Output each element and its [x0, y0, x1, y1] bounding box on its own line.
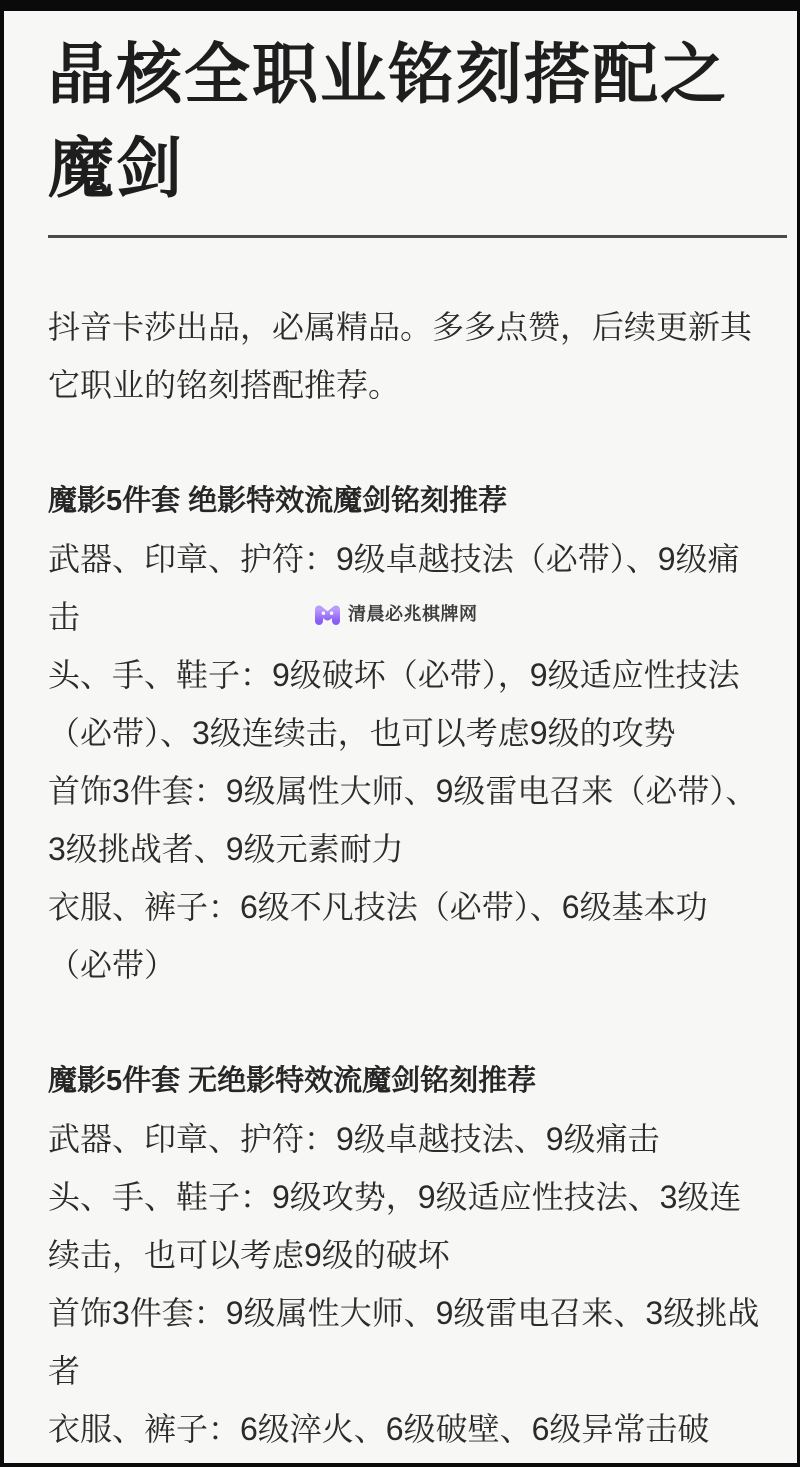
page-title: 晶核全职业铭刻搭配之魔剑 — [48, 27, 769, 215]
article-page: 晶核全职业铭刻搭配之魔剑 抖音卡莎出品，必属精品。多多点赞，后续更新其它职业的铭… — [4, 11, 797, 1463]
screenshot-root: { "page": { "title": "晶核全职业铭刻搭配之魔剑", "in… — [0, 0, 800, 1467]
body-line: 衣服、裤子：6级淬火、6级破壁、6级异常击破 — [48, 1400, 769, 1458]
section-heading: 魔影5件套 无绝影特效流魔剑铭刻推荐 — [48, 1052, 769, 1110]
body-line: 首饰3件套：9级属性大师、9级雷电召来、3级挑战者 — [48, 1284, 769, 1400]
body-line: 武器、印章、护符：9级卓越技法、9级痛击 — [48, 1110, 769, 1168]
body-line: 首饰3件套：9级属性大师、9级雷电召来（必带）、3级挑战者、9级元素耐力 — [48, 762, 769, 878]
body-line: 衣服、裤子：6级不凡技法（必带）、6级基本功（必带） — [48, 878, 769, 994]
title-divider — [48, 235, 787, 238]
body-line: 头、手、鞋子：9级破坏（必带），9级适应性技法（必带）、3级连续击，也可以考虑9… — [48, 646, 769, 762]
body-line: 武器、印章、护符：9级卓越技法（必带）、9级痛击 — [48, 530, 769, 646]
body-line: 头、手、鞋子：9级攻势，9级适应性技法、3级连续击，也可以考虑9级的破坏 — [48, 1168, 769, 1284]
article-content: 晶核全职业铭刻搭配之魔剑 抖音卡莎出品，必属精品。多多点赞，后续更新其它职业的铭… — [4, 11, 797, 1458]
section-heading: 魔影5件套 绝影特效流魔剑铭刻推荐 — [48, 472, 769, 530]
intro-paragraph: 抖音卡莎出品，必属精品。多多点赞，后续更新其它职业的铭刻搭配推荐。 — [48, 298, 769, 414]
